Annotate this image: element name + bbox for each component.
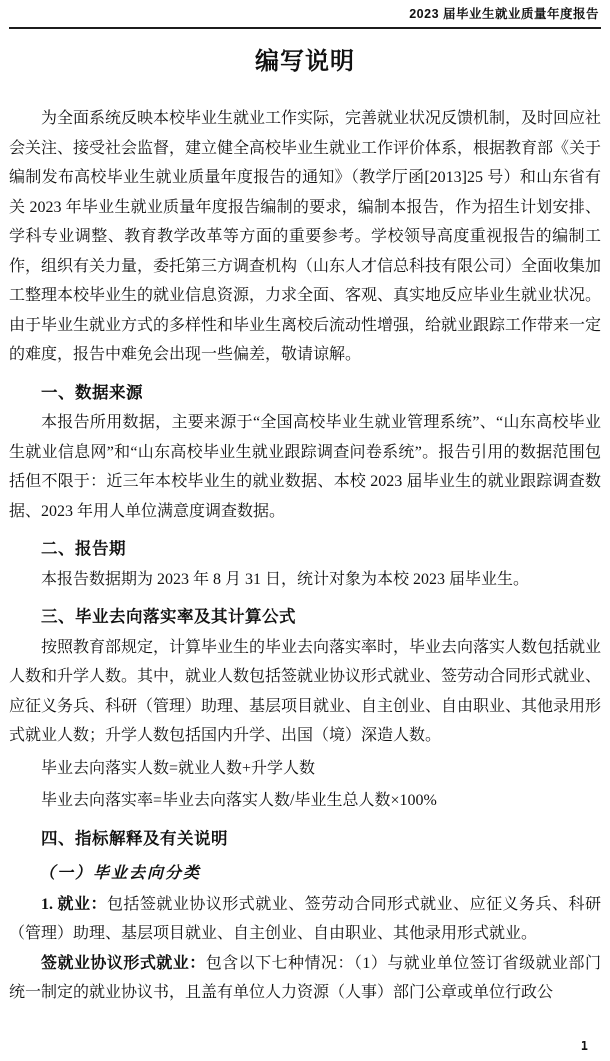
section-heading-report-period: 二、报告期	[9, 535, 601, 565]
item-employment-definition: 1. 就业：包括签就业协议形式就业、签劳动合同形式就业、应征义务兵、科研（管理）…	[9, 890, 601, 949]
subsection-heading-destination-categories: （一）毕业去向分类	[9, 858, 601, 888]
section-body-placement-rate: 按照教育部规定，计算毕业生的毕业去向落实率时，毕业去向落实人数包括就业人数和升学…	[9, 633, 601, 751]
formula-placement-rate: 毕业去向落实率=毕业去向落实人数/毕业生总人数×100%	[9, 786, 601, 816]
running-header: 2023 届毕业生就业质量年度报告	[9, 6, 601, 22]
formula-placement-count: 毕业去向落实人数=就业人数+升学人数	[9, 754, 601, 784]
running-header-title: 2023 届毕业生就业质量年度报告	[409, 7, 599, 21]
section-heading-data-source: 一、数据来源	[9, 379, 601, 409]
section-body-report-period: 本报告数据期为 2023 年 8 月 31 日，统计对象为本校 2023 届毕业…	[9, 565, 601, 595]
intro-paragraph: 为全面系统反映本校毕业生就业工作实际，完善就业状况反馈机制，及时回应社会关注、接…	[9, 104, 601, 370]
page-number: 1	[581, 1039, 588, 1053]
section-body-data-source: 本报告所用数据，主要来源于“全国高校毕业生就业管理系统”、“山东高校毕业生就业信…	[9, 408, 601, 526]
header-rule	[9, 27, 601, 29]
item-agreement-employment-definition: 签就业协议形式就业：包含以下七种情况：（1）与就业单位签订省级就业部门统一制定的…	[9, 949, 601, 1008]
section-heading-placement-rate: 三、毕业去向落实率及其计算公式	[9, 603, 601, 633]
section-heading-indicator-notes: 四、指标解释及有关说明	[9, 825, 601, 855]
report-page: 2023 届毕业生就业质量年度报告 编写说明 为全面系统反映本校毕业生就业工作实…	[0, 0, 610, 1061]
doc-title: 编写说明	[9, 47, 601, 77]
item-agreement-employment-lead: 签就业协议形式就业：	[41, 955, 206, 972]
item-employment-lead: 1. 就业：	[41, 896, 107, 913]
